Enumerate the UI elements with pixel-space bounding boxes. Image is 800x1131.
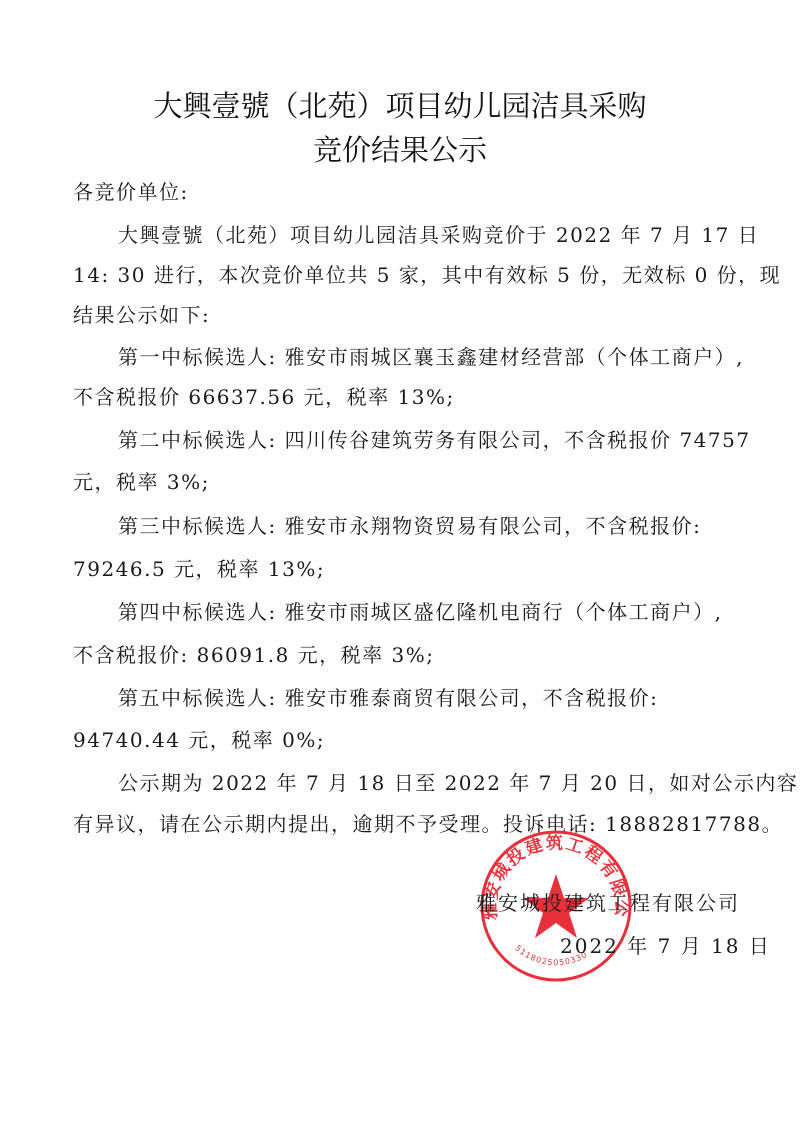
document-title-line2: 竞价结果公示 [0,128,800,169]
document-title-line1: 大興壹號（北苑）项目幼儿园洁具采购 [0,84,800,125]
notice-line-2: 有异议，请在公示期内提出，逾期不予受理。投诉电话: 18882817788。 [73,808,783,837]
candidate-2-line-1: 第二中标候选人: 四川传谷建筑劳务有限公司，不含税报价 74757 [118,424,751,453]
candidate-3-line-2: 79246.5 元，税率 13%; [73,553,325,582]
salutation: 各竞价单位: [73,176,189,205]
candidate-3-line-1: 第三中标候选人: 雅安市永翔物资贸易有限公司，不含税报价: [118,510,701,539]
candidate-5-line-2: 94740.44 元，税率 0%; [73,724,325,753]
signature-company: 雅安城投建筑工程有限公司 [476,887,740,916]
intro-line-3: 结果公示如下: [73,299,210,328]
intro-line-2: 14: 30 进行，本次竞价单位共 5 家，其中有效标 5 份，无效标 0 份，… [73,259,781,288]
intro-line-1: 大興壹號（北苑）项目幼儿园洁具采购竞价于 2022 年 7 月 17 日 [118,219,759,248]
candidate-1-line-1: 第一中标候选人: 雅安市雨城区襄玉鑫建材经营部（个体工商户）, [118,341,744,370]
candidate-4-line-1: 第四中标候选人: 雅安市雨城区盛亿隆机电商行（个体工商户）, [118,596,722,625]
document-page: 大興壹號（北苑）项目幼儿园洁具采购 竞价结果公示 各竞价单位: 大興壹號（北苑）… [0,0,800,1131]
candidate-2-line-2: 元，税率 3%; [73,466,210,495]
notice-line-1: 公示期为 2022 年 7 月 18 日至 2022 年 7 月 20 日，如对… [118,767,798,796]
candidate-5-line-1: 第五中标候选人: 雅安市雅泰商贸有限公司，不含税报价: [118,682,658,711]
candidate-1-line-2: 不含税报价 66637.56 元，税率 13%; [73,381,455,410]
signature-date: 2022 年 7 月 18 日 [560,930,771,959]
candidate-4-line-2: 不含税报价: 86091.8 元，税率 3%; [73,639,434,668]
